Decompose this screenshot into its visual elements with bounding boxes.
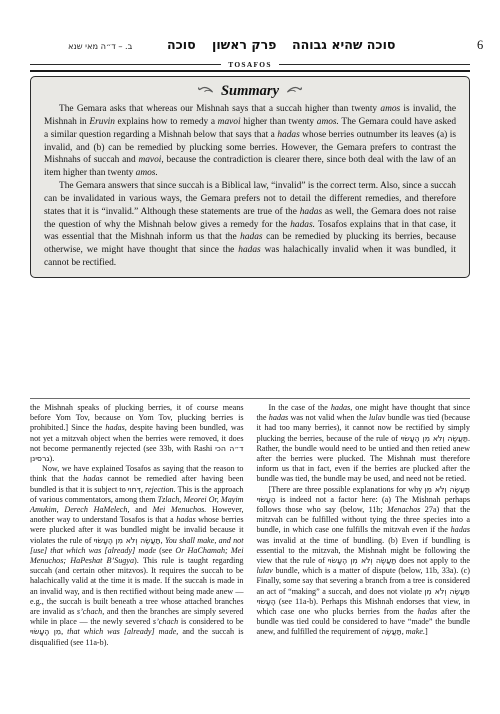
summary-box: Summary The Gemara asks that whereas our… (30, 76, 470, 278)
page-header: ב. – ד״ה מאי שנא סוכה פרק ראשון סוכה שהי… (0, 0, 500, 56)
right-column: In the case of the hadas, one might have… (257, 403, 471, 648)
body-paragraph: [There are three possible explanations f… (257, 485, 471, 638)
book-page: ב. – ד״ה מאי שנא סוכה פרק ראשון סוכה שהי… (0, 0, 500, 714)
summary-paragraph: The Gemara answers that since succah is … (44, 180, 456, 270)
chapter-title: סוכה שהיא גבוהה (292, 37, 395, 52)
perek-title: פרק ראשון (212, 37, 276, 52)
left-column: the Mishnah speaks of plucking berries, … (30, 403, 244, 648)
commentary-columns: the Mishnah speaks of plucking berries, … (30, 403, 470, 648)
body-paragraph: In the case of the hadas, one might have… (257, 403, 471, 485)
section-divider: TOSAFOS (30, 60, 470, 69)
summary-title-row: Summary (44, 82, 456, 100)
columns-top-rule (30, 398, 470, 399)
divider-rule-right (279, 64, 470, 65)
section-label: TOSAFOS (221, 60, 278, 69)
summary-title: Summary (217, 83, 283, 99)
page-number: 6 (477, 38, 483, 53)
daf-reference: ב. – ד״ה מאי שנא (68, 41, 132, 51)
tractate-title: סוכה (167, 37, 196, 52)
divider-rule-left (30, 64, 221, 65)
body-paragraph: Now, we have explained Tosafos as saying… (30, 464, 244, 648)
leaf-ornament-right (287, 85, 302, 94)
body-paragraph: the Mishnah speaks of plucking berries, … (30, 403, 244, 464)
leaf-ornament-left (198, 85, 213, 94)
header-heavy-rule (30, 70, 470, 72)
summary-paragraph: The Gemara asks that whereas our Mishnah… (44, 103, 456, 180)
